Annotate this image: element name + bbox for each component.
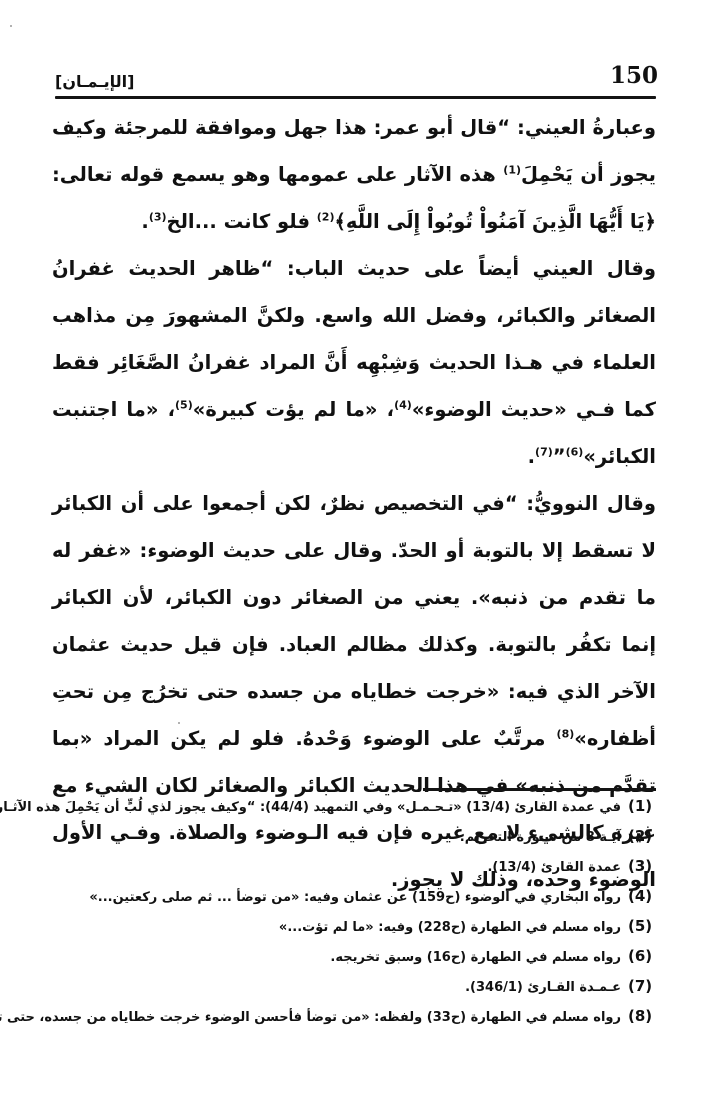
footnote-ref: (2) bbox=[317, 211, 335, 224]
footnote-text: رواه مسلم في الطهارة (ح228) وفيه: «ما لم… bbox=[279, 920, 621, 935]
footnote-ref: (7) bbox=[535, 446, 553, 459]
header-rule bbox=[55, 96, 656, 99]
page-header: [الإيـمـان] 150 bbox=[55, 55, 658, 93]
footnote-ref: (1) bbox=[503, 164, 521, 177]
footnote-ref: (6) bbox=[566, 446, 584, 459]
footnote: (2)آيـة 8 من سـورة التحريم. bbox=[8, 827, 658, 857]
footnote-separator bbox=[423, 788, 656, 791]
text-run: ، «ما لم يؤت كبيرة» bbox=[193, 398, 394, 421]
text-run: . bbox=[528, 445, 535, 468]
footnote-text: رواه مسلم في الطهارة (ح33) ولفظه: «من تو… bbox=[0, 1010, 621, 1025]
footnote: (4)رواه البخاري في الوضوء (ح159) عن عثما… bbox=[8, 887, 658, 917]
paragraph: وقال العيني أيضاً على حديث الباب: “ظاهر … bbox=[52, 245, 656, 480]
scan-speckle bbox=[178, 722, 180, 724]
text-run: وقال النوويُّ: “في التخصيص نظرٌ، لكن أجم… bbox=[52, 492, 656, 750]
footnote-ref: (3) bbox=[149, 211, 167, 224]
footnote: (3)عمدة القارئ (13/4). bbox=[8, 857, 658, 887]
footnote-text: عـمـدة القـارئ (346/1). bbox=[465, 980, 621, 995]
footnote-ref: (5) bbox=[175, 399, 193, 412]
footnote: (1)في عمدة القارئ (13/4) «تـحـمـل» وفي ا… bbox=[8, 797, 658, 827]
footnote-number: (6) bbox=[628, 947, 658, 965]
text-run: ” bbox=[553, 445, 566, 468]
footnote-text: رواه مسلم في الطهارة (ح16) وسبق تخريجه. bbox=[330, 950, 621, 965]
text-run: وقال العيني أيضاً على حديث الباب: “ظاهر … bbox=[52, 257, 656, 421]
section-title: [الإيـمـان] bbox=[55, 72, 134, 93]
footnote: (6)رواه مسلم في الطهارة (ح16) وسبق تخريج… bbox=[8, 947, 658, 977]
footnote-number: (4) bbox=[628, 887, 658, 905]
footnote: (5)رواه مسلم في الطهارة (ح228) وفيه: «ما… bbox=[8, 917, 658, 947]
page-number: 150 bbox=[610, 62, 658, 93]
main-text: وعبارةُ العيني: “قال أبو عمر: هذا جهل وم… bbox=[52, 104, 656, 903]
footnote-ref: (8) bbox=[557, 728, 575, 741]
footnote: (7)عـمـدة القـارئ (346/1). bbox=[8, 977, 658, 1007]
footnote-number: (8) bbox=[628, 1007, 658, 1025]
footnote-text: في عمدة القارئ (13/4) «تـحـمـل» وفي التم… bbox=[0, 800, 621, 815]
scan-speckle bbox=[10, 25, 12, 27]
text-run: فلو كانت ...الخ bbox=[167, 210, 317, 233]
paragraph: وعبارةُ العيني: “قال أبو عمر: هذا جهل وم… bbox=[52, 104, 656, 245]
footnote: (8)رواه مسلم في الطهارة (ح33) ولفظه: «من… bbox=[8, 1007, 658, 1037]
footnote-text: رواه البخاري في الوضوء (ح159) عن عثمان و… bbox=[89, 890, 621, 905]
footnote-text: عمدة القارئ (13/4). bbox=[487, 860, 621, 875]
footnote-number: (7) bbox=[628, 977, 658, 995]
footnote-number: (2) bbox=[628, 827, 658, 845]
book-page: [الإيـمـان] 150 وعبارةُ العيني: “قال أبو… bbox=[0, 0, 708, 1117]
footnote-text: آيـة 8 من سـورة التحريم. bbox=[460, 830, 621, 845]
footnote-number: (3) bbox=[628, 857, 658, 875]
footnote-number: (5) bbox=[628, 917, 658, 935]
footnotes-list: (1)في عمدة القارئ (13/4) «تـحـمـل» وفي ا… bbox=[8, 797, 658, 1037]
footnote-ref: (4) bbox=[394, 399, 412, 412]
footnote-number: (1) bbox=[628, 797, 658, 815]
text-run: . bbox=[141, 210, 148, 233]
